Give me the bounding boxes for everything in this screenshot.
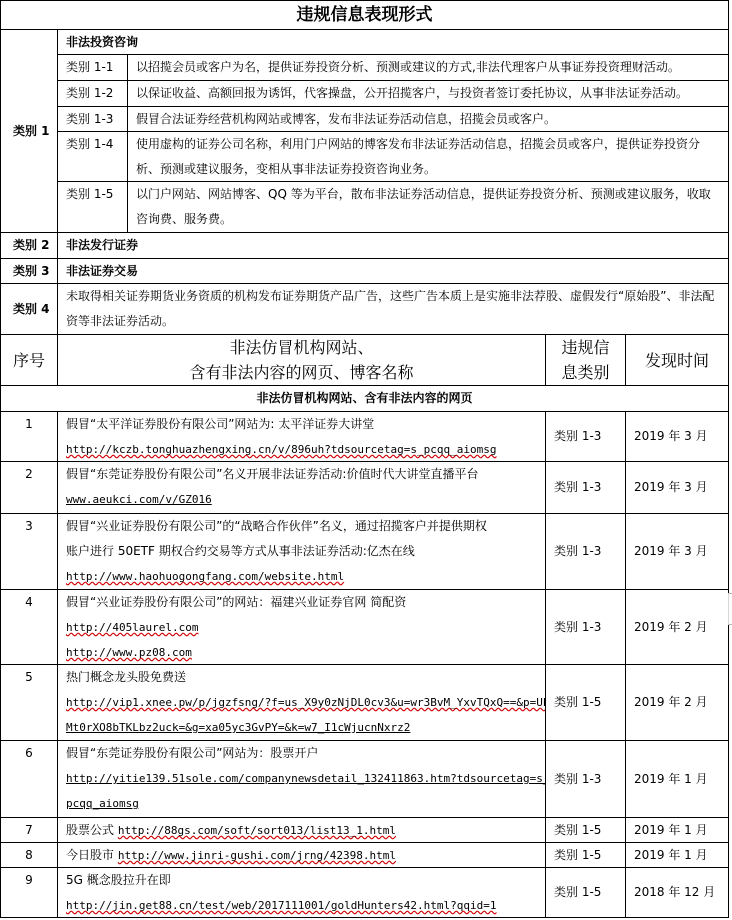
- category-description-text: 未取得相关证券期货业务资质的机构发布证券期货产品广告，这些广告本质上是实施非法荐…: [66, 289, 714, 328]
- category-label-text: 类别 4: [13, 297, 50, 322]
- subcategory-label-text: 类别 1-5: [66, 187, 113, 201]
- table-row-7-index: 7: [0, 817, 58, 843]
- table-row-9-time: 2018 年 12 月: [625, 867, 729, 918]
- row-link[interactable]: http://www.pz08.com: [66, 640, 545, 665]
- header-name-line2: 含有非法内容的网页、博客名称: [58, 360, 545, 385]
- category-4-label: 类别 4: [0, 283, 58, 335]
- category-2-name: 非法发行证券: [57, 232, 729, 259]
- document-title: 违规信息表现形式: [0, 0, 729, 30]
- category-1-name: 非法投资咨询: [57, 29, 729, 55]
- subcategory-1-1-label: 类别 1-1: [57, 54, 128, 81]
- row-text-line: 假冒“兴业证券股份有限公司”的网站：福建兴业证券官网 简配资: [66, 590, 545, 615]
- row-link[interactable]: http://yitie139.51sole.com/companynewsde…: [66, 766, 545, 791]
- row-text-line: 假冒“东莞证券股份有限公司”网站为：股票开户: [66, 741, 545, 766]
- subcategory-label-text: 类别 1-4: [66, 137, 113, 151]
- row-link[interactable]: http://www.haohuogongfang.com/website.ht…: [66, 564, 545, 589]
- row-index-text: 1: [25, 417, 33, 431]
- row-text-prefix: 股票公式: [66, 823, 114, 837]
- row-text-line: 假冒“太平洋证券股份有限公司”网站为: 太平洋证券大讲堂: [66, 412, 545, 437]
- table-row-9-index: 9: [0, 867, 58, 918]
- row-time-text: 2019 年 1 月: [634, 843, 708, 868]
- category-name-text: 非法发行证券: [66, 233, 138, 258]
- row-category-text: 类别 1-3: [554, 539, 601, 564]
- row-category-text: 类别 1-3: [554, 424, 601, 449]
- row-link[interactable]: http://405laurel.com: [66, 615, 545, 640]
- row-text-prefix: 今日股市: [66, 848, 114, 862]
- table-row-1-category: 类别 1-3: [545, 411, 626, 462]
- header-time: 发现时间: [625, 334, 729, 386]
- table-row-5-name: 热门概念龙头股免费送 http://vip1.xnee.pw/p/jgzfsng…: [57, 664, 546, 741]
- table-row-9-category: 类别 1-5: [545, 867, 626, 918]
- subcategory-description-text: 以门户网站、网站博客、QQ 等为平台，散布非法证券活动信息，提供证券投资分析、预…: [136, 187, 711, 226]
- subcategory-1-5-label: 类别 1-5: [57, 181, 128, 233]
- row-category-text: 类别 1-3: [554, 767, 601, 792]
- header-time-text: 发现时间: [645, 348, 709, 373]
- table-row-3-name: 假冒“兴业证券股份有限公司”的“战略合作伙伴”名义，通过招揽客户并提供期权 账户…: [57, 513, 546, 590]
- header-index-text: 序号: [13, 348, 45, 373]
- row-category-text: 类别 1-3: [554, 615, 601, 640]
- category-2-label: 类别 2: [0, 232, 58, 259]
- row-link[interactable]: http://kczb.tonghuazhengxing.cn/v/896uh?…: [66, 437, 545, 462]
- subcategory-1-4-label: 类别 1-4: [57, 131, 128, 182]
- header-index: 序号: [0, 334, 58, 386]
- row-text-line: 假冒“东莞证券股份有限公司”名义开展非法证券活动:价值时代大讲堂直播平台: [66, 462, 545, 487]
- row-time-text: 2019 年 3 月: [634, 475, 708, 500]
- row-category-text: 类别 1-3: [554, 475, 601, 500]
- row-category-text: 类别 1-5: [554, 690, 601, 715]
- row-link[interactable]: http://jin.get88.cn/test/web/2017111001/…: [66, 893, 545, 918]
- row-category-text: 类别 1-5: [554, 880, 601, 905]
- table-row-5-index: 5: [0, 664, 58, 741]
- table-row-4-index: 4: [0, 589, 58, 665]
- violation-info-document: 违规信息表现形式 类别 1 非法投资咨询 类别 1-1 以招揽会员或客户为名，提…: [0, 0, 732, 920]
- header-category-line2: 息类别: [546, 360, 625, 385]
- row-index-text: 7: [25, 823, 33, 837]
- table-row-8-time: 2019 年 1 月: [625, 842, 729, 868]
- table-row-8-index: 8: [0, 842, 58, 868]
- table-row-5-time: 2019 年 2 月: [625, 664, 729, 741]
- table-row-3-index: 3: [0, 513, 58, 590]
- table-row-4-category: 类别 1-3: [545, 589, 626, 665]
- page-edge-marker: [728, 593, 732, 625]
- subcategory-description-text: 以保证收益、高额回报为诱饵，代客操盘，公开招揽客户，与投资者签订委托协议，从事非…: [136, 81, 688, 106]
- subcategory-1-1-description: 以招揽会员或客户为名，提供证券投资分析、预测或建议的方式,非法代理客户从事证券投…: [127, 54, 729, 81]
- table-row-6-name: 假冒“东莞证券股份有限公司”网站为：股票开户 http://yitie139.5…: [57, 740, 546, 818]
- row-category-text: 类别 1-5: [554, 818, 601, 843]
- header-category: 违规信 息类别: [545, 334, 626, 386]
- row-link[interactable]: http://88gs.com/soft/sort013/list13_1.ht…: [118, 824, 396, 837]
- header-category-line1: 违规信: [546, 335, 625, 360]
- table-row-4-time: 2019 年 2 月: [625, 589, 729, 665]
- category-label-text: 类别 2: [13, 233, 50, 258]
- category-label-text: 类别 3: [13, 259, 50, 284]
- table-row-2-name: 假冒“东莞证券股份有限公司”名义开展非法证券活动:价值时代大讲堂直播平台 www…: [57, 461, 546, 514]
- subcategory-1-3-label: 类别 1-3: [57, 106, 128, 132]
- table-row-2-category: 类别 1-3: [545, 461, 626, 514]
- row-text-line: 热门概念龙头股免费送: [66, 665, 545, 690]
- section-title: 非法仿冒机构网站、含有非法内容的网页: [0, 385, 729, 412]
- section-title-text: 非法仿冒机构网站、含有非法内容的网页: [256, 386, 472, 411]
- subcategory-1-4-description: 使用虚构的证券公司名称，利用门户网站的博客发布非法证券活动信息，招揽会员或客户，…: [127, 131, 729, 182]
- row-index-text: 8: [25, 848, 33, 862]
- subcategory-label-text: 类别 1-1: [66, 55, 113, 80]
- table-row-1-name: 假冒“太平洋证券股份有限公司”网站为: 太平洋证券大讲堂 http://kczb…: [57, 411, 546, 462]
- subcategory-description-text: 假冒合法证券经营机构网站或博客，发布非法证券活动信息，招揽会员或客户。: [136, 107, 556, 132]
- row-index-text: 4: [25, 595, 33, 609]
- table-row-2-index: 2: [0, 461, 58, 514]
- row-index-text: 5: [25, 670, 33, 684]
- table-row-1-index: 1: [0, 411, 58, 462]
- row-text-line: 假冒“兴业证券股份有限公司”的“战略合作伙伴”名义，通过招揽客户并提供期权: [66, 514, 545, 539]
- document-title-text: 违规信息表现形式: [297, 3, 433, 28]
- category-4-description: 未取得相关证券期货业务资质的机构发布证券期货产品广告，这些广告本质上是实施非法荐…: [57, 283, 729, 335]
- category-1-label: 类别 1: [0, 29, 58, 233]
- header-name-line1: 非法仿冒机构网站、: [58, 335, 545, 360]
- table-row-2-time: 2019 年 3 月: [625, 461, 729, 514]
- row-index-text: 3: [25, 519, 33, 533]
- row-time-text: 2019 年 2 月: [634, 690, 708, 715]
- table-row-8-category: 类别 1-5: [545, 842, 626, 868]
- row-time-text: 2018 年 12 月: [634, 880, 715, 905]
- subcategory-1-2-description: 以保证收益、高额回报为诱饵，代客操盘，公开招揽客户，与投资者签订委托协议，从事非…: [127, 80, 729, 107]
- row-text-line: 5G 概念股拉升在即: [66, 868, 545, 893]
- table-row-3-category: 类别 1-3: [545, 513, 626, 590]
- row-link[interactable]: www.aeukci.com/v/GZ016: [66, 487, 545, 512]
- header-name: 非法仿冒机构网站、 含有非法内容的网页、博客名称: [57, 334, 546, 386]
- subcategory-label-text: 类别 1-2: [66, 81, 113, 106]
- subcategory-label-text: 类别 1-3: [66, 107, 113, 132]
- table-row-7-time: 2019 年 1 月: [625, 817, 729, 843]
- subcategory-description-text: 以招揽会员或客户为名，提供证券投资分析、预测或建议的方式,非法代理客户从事证券投…: [136, 55, 680, 80]
- table-row-7-name: 股票公式 http://88gs.com/soft/sort013/list13…: [57, 817, 546, 843]
- row-link-continued[interactable]: pcqq_aiomsg: [66, 791, 545, 816]
- row-text-line: 账户进行 50ETF 期权合约交易等方式从事非法证券活动:亿杰在线: [66, 539, 545, 564]
- row-time-text: 2019 年 2 月: [634, 615, 708, 640]
- subcategory-1-3-description: 假冒合法证券经营机构网站或博客，发布非法证券活动信息，招揽会员或客户。: [127, 106, 729, 132]
- table-row-1-time: 2019 年 3 月: [625, 411, 729, 462]
- table-row-6-category: 类别 1-3: [545, 740, 626, 818]
- row-index-text: 6: [25, 746, 33, 760]
- table-row-9-name: 5G 概念股拉升在即 http://jin.get88.cn/test/web/…: [57, 867, 546, 918]
- category-name-text: 非法证券交易: [66, 259, 138, 284]
- category-1-label-text: 类别 1: [13, 119, 50, 144]
- category-3-name: 非法证券交易: [57, 258, 729, 284]
- row-link-continued[interactable]: Mt0rXO8bTKLbz2uck=&g=xa05yc3GvPY=&k=w7_I…: [66, 715, 545, 740]
- subcategory-description-text: 使用虚构的证券公司名称，利用门户网站的博客发布非法证券活动信息，招揽会员或客户，…: [136, 137, 700, 176]
- row-index-text: 9: [25, 873, 33, 887]
- table-row-4-name: 假冒“兴业证券股份有限公司”的网站：福建兴业证券官网 简配资 http://40…: [57, 589, 546, 665]
- row-index-text: 2: [25, 467, 33, 481]
- table-row-8-name: 今日股市 http://www.jinri-gushi.com/jrng/423…: [57, 842, 546, 868]
- subcategory-1-2-label: 类别 1-2: [57, 80, 128, 107]
- row-category-text: 类别 1-5: [554, 843, 601, 868]
- row-time-text: 2019 年 1 月: [634, 818, 708, 843]
- table-row-3-time: 2019 年 3 月: [625, 513, 729, 590]
- row-link[interactable]: http://www.jinri-gushi.com/jrng/42398.ht…: [118, 849, 396, 862]
- row-time-text: 2019 年 3 月: [634, 424, 708, 449]
- table-row-6-time: 2019 年 1 月: [625, 740, 729, 818]
- table-row-7-category: 类别 1-5: [545, 817, 626, 843]
- row-time-text: 2019 年 1 月: [634, 767, 708, 792]
- table-row-5-category: 类别 1-5: [545, 664, 626, 741]
- row-time-text: 2019 年 3 月: [634, 539, 708, 564]
- row-link[interactable]: http://vip1.xnee.pw/p/jgzfsng/?f=us_X9y0…: [66, 690, 545, 715]
- table-row-6-index: 6: [0, 740, 58, 818]
- category-3-label: 类别 3: [0, 258, 58, 284]
- category-1-name-text: 非法投资咨询: [66, 30, 138, 55]
- subcategory-1-5-description: 以门户网站、网站博客、QQ 等为平台，散布非法证券活动信息，提供证券投资分析、预…: [127, 181, 729, 233]
